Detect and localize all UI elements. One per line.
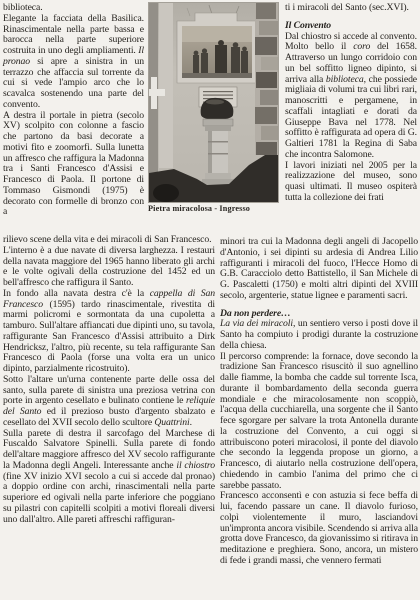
text-segment: , che possiede migliaia di volumi tra cu… [285,74,417,160]
photo-caption: Pietra miracolosa - Ingresso [148,204,279,213]
paragraph: La via dei miracoli, un sentiero verso i… [220,319,418,351]
column-left-top: biblioteca.Elegante la facciata della Ba… [3,3,144,236]
exposed-stones-strip [255,3,278,155]
text-segment: Sotto l'altare un'urna contenente parte … [3,374,215,407]
text-segment: L'interno è a due navate di diversa larg… [3,245,215,288]
paragraph: Elegante la facciata della Basilica. Rin… [3,14,144,111]
text-segment: rilievo scene della vita e dei miracoli … [3,234,211,245]
text-segment: . [190,417,192,428]
text-segment: (1595) tardo rinascimentale, rivestita d… [3,299,215,375]
paragraph: Sotto l'altare un'urna contenente parte … [3,375,215,429]
text-segment: Elegante la facciata della Basilica. Rin… [3,13,144,56]
text-segment: il chiostro [176,460,215,471]
text-segment: minori tra cui la Madonna degli angeli d… [220,236,418,301]
paragraph: L'interno è a due navate di diversa larg… [3,246,215,289]
text-segment: coro [353,41,370,52]
text-segment: A destra il portale in pietra (secolo XV… [3,110,144,218]
dark-object [153,184,179,202]
paragraph: I lavori iniziati nel 2005 per la realiz… [285,161,417,204]
text-segment: La via dei miracoli [220,318,293,329]
text-segment: biblioteca. [3,2,43,13]
column-right-top: ti i miracoli del Santo (sec.XVI).Il Con… [285,3,417,237]
column-right-bottom: minori tra cui la Madonna degli angeli d… [220,237,418,600]
photo-illustration [149,3,278,202]
text-segment: (fine XV inizio XVI secolo a cui si acce… [3,471,215,525]
paragraph: In fondo alla navata destra c'è la cappe… [3,289,215,375]
paragraph: ti i miracoli del Santo (sec.XVI). [285,3,417,14]
text-segment: I lavori iniziati nel 2005 per la realiz… [285,160,417,203]
text-segment: Francesco acconsentì e con astuzia si fe… [220,490,418,566]
text-segment: In fondo alla navata destra c'è la [3,288,150,299]
fresco [177,13,257,83]
text-segment: ti i miracoli del Santo (sec.XVI). [285,2,409,13]
paragraph: A destra il portale in pietra (secolo XV… [3,111,144,219]
paragraph: Dal chiostro si accede al convento. Molt… [285,32,417,161]
paragraph: Sulla parete di destra il sarcofago del … [3,429,215,526]
text-segment: biblioteca [326,74,364,85]
photo-pietra-miracolosa [149,3,278,202]
paragraph: Francesco acconsentì e con astuzia si fe… [220,491,418,566]
paragraph: minori tra cui la Madonna degli angeli d… [220,237,418,302]
text-segment: Quattrini [154,417,189,428]
text-segment: Il Convento [285,20,331,31]
text-segment: Da non perdere… [220,308,291,319]
paragraph: Il percorso comprende: la fornace, dove … [220,352,418,492]
scanned-page: biblioteca.Elegante la facciata della Ba… [0,0,420,600]
text-segment: Il percorso comprende: la fornace, dove … [220,351,418,491]
column-left-bottom: rilievo scene della vita e dei miracoli … [3,235,215,600]
